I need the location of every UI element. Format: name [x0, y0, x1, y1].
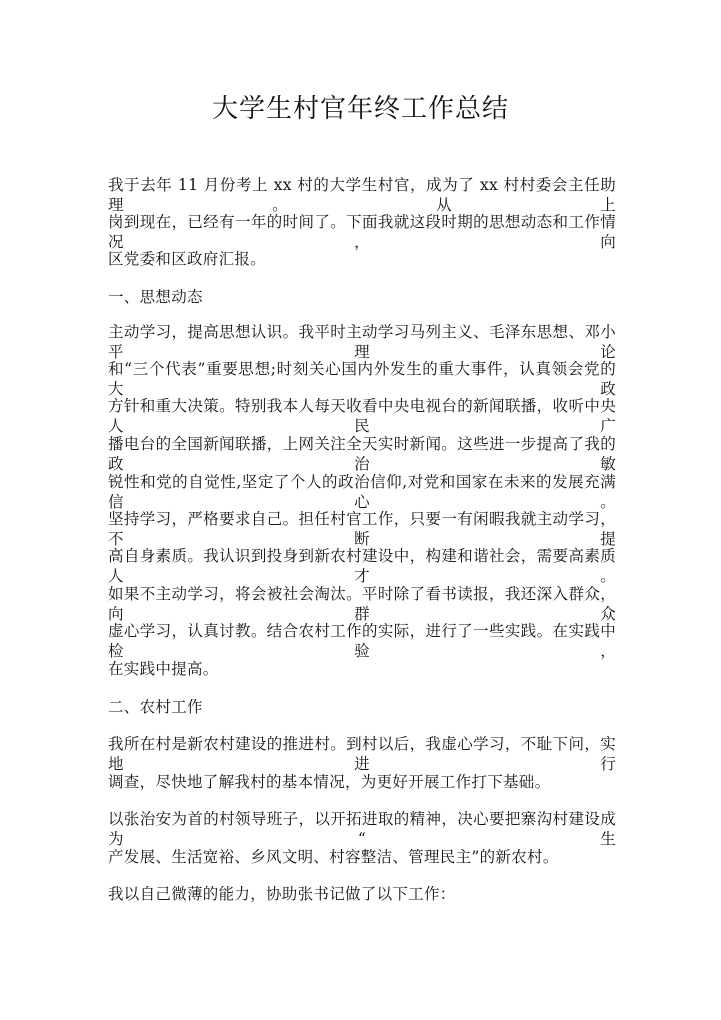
paragraph-line: 二、农村工作 [108, 697, 616, 717]
paragraph-line: 岗到现在，已经有一年的时间了。下面我就这段时期的思想动态和工作情况，向 [108, 212, 616, 252]
paragraph-line: 我所在村是新农村建设的推进村。到村以后，我虚心学习，不耻下问，实地进行 [108, 734, 616, 774]
paragraph-line: 方针和重大决策。特别我本人每天收看中央电视台的新闻联播，收听中央人民广 [108, 396, 616, 436]
paragraph-line: 以张治安为首的村领导班子，以开拓进取的精神，决心要把寨沟村建设成为“生 [108, 809, 616, 849]
paragraph-line: 我以自己微薄的能力，协助张书记做了以下工作： [108, 884, 616, 904]
paragraph-line: 如果不主动学习，将会被社会淘汰。平时除了看书读报，我还深入群众，向群众 [108, 584, 616, 624]
paragraph-line: 和“三个代表”重要思想;时刻关心国内外发生的重大事件，认真领会党的大政 [108, 359, 616, 399]
paragraph-line: 区党委和区政府汇报。 [108, 249, 616, 269]
paragraph-line: 产发展、生活宽裕、乡风文明、村容整洁、管理民主”的新农村。 [108, 847, 616, 867]
paragraph-line: 高自身素质。我认识到投身到新农村建设中，构建和谐社会，需要高素质人才。 [108, 546, 616, 586]
paragraph-line: 播电台的全国新闻联播，上网关注全天实时新闻。这些进一步提高了我的政治敏 [108, 434, 616, 474]
document-title: 大学生村官年终工作总结 [0, 88, 721, 125]
document-page: 大学生村官年终工作总结 我于去年 11 月份考上 xx 村的大学生村官，成为了 … [0, 0, 721, 1020]
paragraph-line: 锐性和党的自觉性,坚定了个人的政治信仰,对党和国家在未来的发展充满信心。 [108, 472, 616, 512]
paragraph-line: 调查，尽快地了解我村的基本情况，为更好开展工作打下基础。 [108, 772, 616, 792]
paragraph-line: 坚持学习，严格要求自己。担任村官工作，只要一有闲暇我就主动学习，不断提 [108, 509, 616, 549]
paragraph-line: 一、思想动态 [108, 287, 616, 307]
paragraph-line: 我于去年 11 月份考上 xx 村的大学生村官，成为了 xx 村村委会主任助理。… [108, 175, 616, 215]
paragraph-line: 主动学习，提高思想认识。我平时主动学习马列主义、毛泽东思想、邓小平理论 [108, 322, 616, 362]
paragraph-line: 虚心学习，认真讨教。结合农村工作的实际，进行了一些实践。在实践中检验， [108, 621, 616, 661]
paragraph-line: 在实践中提高。 [108, 659, 616, 679]
